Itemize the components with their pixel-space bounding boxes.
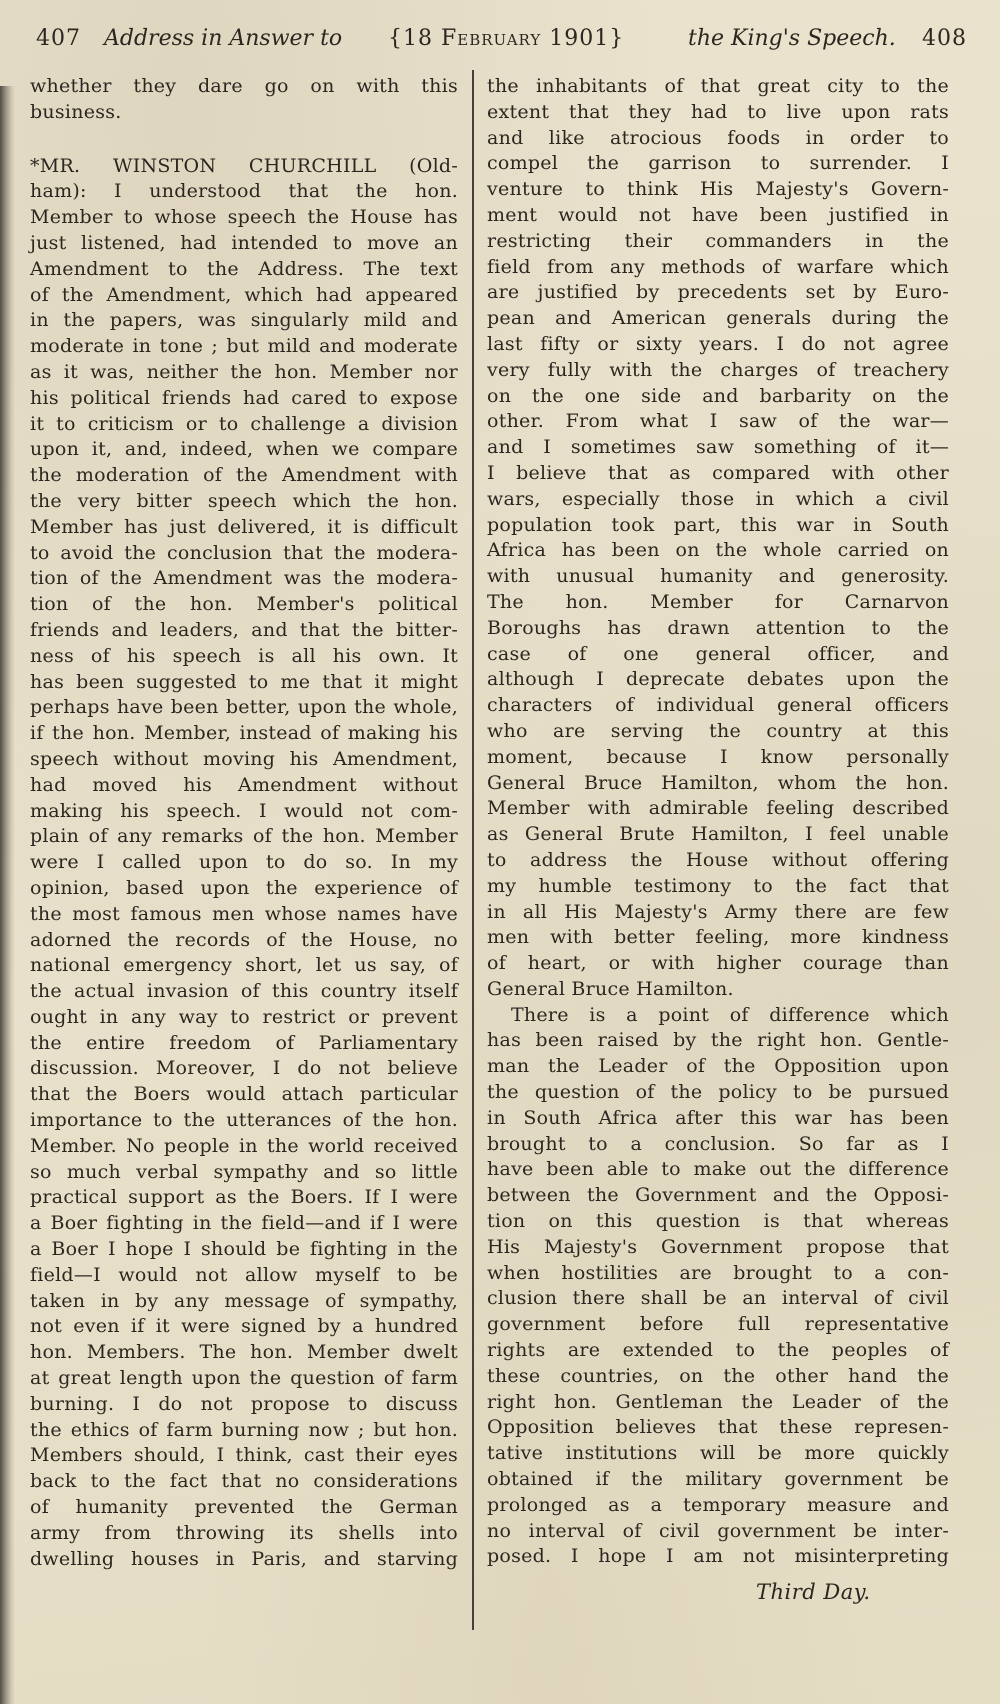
book-binding-shadow — [0, 86, 15, 1704]
text-line: rights are extended to the peoples of — [487, 1338, 949, 1364]
text-line: The hon. Member for Carnarvon — [487, 590, 949, 616]
text-line: ness of his speech is all his own. It — [30, 644, 458, 670]
text-line: his political friends had cared to expos… — [30, 386, 458, 412]
text-line: Africa has been on the whole carried on — [487, 538, 949, 564]
text-line: men with better feeling, more kindness — [487, 925, 949, 951]
header-date: {18 February 1901} — [388, 26, 624, 51]
text-line: to address the House without offering — [487, 848, 949, 874]
hansard-page: 407 Address in Answer to {18 February 19… — [0, 0, 1000, 1704]
text-line: taken in by any message of sympathy, — [30, 1289, 458, 1315]
text-line: General Bruce Hamilton, whom the hon. — [487, 771, 949, 797]
text-line: tion of the hon. Member's political — [30, 592, 458, 618]
text-line: dwelling houses in Paris, and starving — [30, 1547, 458, 1573]
text-line: man the Leader of the Opposition upon — [487, 1054, 949, 1080]
text-line: has been suggested to me that it might — [30, 670, 458, 696]
text-line: practical support as the Boers. If I wer… — [30, 1185, 458, 1211]
text-line: adorned the records of the House, no — [30, 928, 458, 954]
text-line: between the Government and the Opposi- — [487, 1183, 949, 1209]
text-line: making his speech. I would not com- — [30, 799, 458, 825]
text-line: upon it, and, indeed, when we compare — [30, 437, 458, 463]
text-line: in all His Majesty's Army there are few — [487, 900, 949, 926]
text-line: who are serving the country at this — [487, 719, 949, 745]
text-line: tion on this question is that whereas — [487, 1209, 949, 1235]
text-line: a Boer I hope I should be fighting in th… — [30, 1237, 458, 1263]
text-line: burning. I do not propose to discuss — [30, 1392, 458, 1418]
column-divider-rule — [472, 70, 474, 1630]
paragraph: whether they dare go on with thisbusines… — [30, 74, 458, 126]
text-line: tative institutions will be more quickly — [487, 1441, 949, 1467]
text-line: discussion. Moreover, I do not believe — [30, 1056, 458, 1082]
text-line: the ethics of farm burning now ; but hon… — [30, 1418, 458, 1444]
text-line: had moved his Amendment without — [30, 773, 458, 799]
text-line: I believe that as compared with other — [487, 461, 949, 487]
text-line: field—I would not allow myself to be — [30, 1263, 458, 1289]
text-line: tion of the Amendment was the modera- — [30, 566, 458, 592]
text-line: of the Amendment, which had appeared — [30, 283, 458, 309]
text-line: obtained if the military government be — [487, 1467, 949, 1493]
text-line: on the one side and barbarity on the — [487, 384, 949, 410]
text-line: government before full representative — [487, 1312, 949, 1338]
left-text-column: whether they dare go on with thisbusines… — [30, 74, 458, 1572]
text-line: last fifty or sixty years. I do not agre… — [487, 332, 949, 358]
text-line: wars, especially those in which a civil — [487, 487, 949, 513]
text-line: restricting their commanders in the — [487, 229, 949, 255]
text-line: Member has just delivered, it is difficu… — [30, 515, 458, 541]
text-line: the question of the policy to be pursued — [487, 1080, 949, 1106]
text-line: Boroughs has drawn attention to the — [487, 616, 949, 642]
text-line: Member to whose speech the House has — [30, 205, 458, 231]
text-line: so much verbal sympathy and so little — [30, 1160, 458, 1186]
text-line: moderate in tone ; but mild and moderate — [30, 334, 458, 360]
text-line: the actual invasion of this country itse… — [30, 979, 458, 1005]
text-line: just listened, had intended to move an — [30, 231, 458, 257]
text-line: venture to think His Majesty's Govern- — [487, 177, 949, 203]
text-line: ham): I understood that the hon. — [30, 179, 458, 205]
text-line: extent that they had to live upon rats — [487, 100, 949, 126]
text-line: in South Africa after this war has been — [487, 1106, 949, 1132]
text-line: Members should, I think, cast their eyes — [30, 1443, 458, 1469]
text-line: have been able to make out the differenc… — [487, 1157, 949, 1183]
text-line: and I sometimes saw something of it— — [487, 435, 949, 461]
text-line: has been raised by the right hon. Gentle… — [487, 1028, 949, 1054]
text-line: plain of any remarks of the hon. Member — [30, 824, 458, 850]
text-line: as it was, neither the hon. Member nor — [30, 360, 458, 386]
right-text-column: the inhabitants of that great city to th… — [487, 74, 949, 1570]
text-line: characters of individual general officer… — [487, 693, 949, 719]
text-line: business. — [30, 100, 458, 126]
text-line: right hon. Gentleman the Leader of the — [487, 1390, 949, 1416]
paragraph: the inhabitants of that great city to th… — [487, 74, 949, 1003]
text-line: There is a point of difference which — [487, 1003, 949, 1029]
text-line: other. From what I saw of the war— — [487, 409, 949, 435]
text-line: whether they dare go on with this — [30, 74, 458, 100]
text-line: Member with admirable feeling described — [487, 796, 949, 822]
text-line: a Boer fighting in the field—and if I we… — [30, 1211, 458, 1237]
text-line: *MR. WINSTON CHURCHILL (Old- — [30, 154, 458, 180]
text-line: that the Boers would attach particular — [30, 1082, 458, 1108]
text-line: of humanity prevented the German — [30, 1495, 458, 1521]
text-line: prolonged as a temporary measure and — [487, 1493, 949, 1519]
text-line: in the papers, was singularly mild and — [30, 308, 458, 334]
text-line: His Majesty's Government propose that — [487, 1235, 949, 1261]
text-line: brought to a conclusion. So far as I — [487, 1132, 949, 1158]
page-number-left: 407 — [36, 26, 81, 51]
text-line: the moderation of the Amendment with — [30, 463, 458, 489]
text-line: army from throwing its shells into — [30, 1521, 458, 1547]
paragraph: *MR. WINSTON CHURCHILL (Old-ham): I unde… — [30, 154, 458, 1573]
text-line: opinion, based upon the experience of — [30, 876, 458, 902]
text-line: Opposition believes that these represen- — [487, 1415, 949, 1441]
text-line: population took part, this war in South — [487, 513, 949, 539]
running-title-left: Address in Answer to — [104, 26, 342, 51]
text-line: the most famous men whose names have — [30, 902, 458, 928]
footer-day-note: Third Day. — [756, 1580, 871, 1604]
text-line: clusion there shall be an interval of ci… — [487, 1286, 949, 1312]
text-line: ought in any way to restrict or prevent — [30, 1005, 458, 1031]
text-line: these countries, on the other hand the — [487, 1364, 949, 1390]
text-line: are justified by precedents set by Euro- — [487, 280, 949, 306]
text-line: were I called upon to do so. In my — [30, 850, 458, 876]
text-line: although I deprecate debates upon the — [487, 667, 949, 693]
text-line: Amendment to the Address. The text — [30, 257, 458, 283]
text-line: my humble testimony to the fact that — [487, 874, 949, 900]
text-line: speech without moving his Amendment, — [30, 747, 458, 773]
text-line: as General Brute Hamilton, I feel unable — [487, 822, 949, 848]
text-line: very fully with the charges of treachery — [487, 358, 949, 384]
text-line: to avoid the conclusion that the modera- — [30, 541, 458, 567]
text-line: hon. Members. The hon. Member dwelt — [30, 1340, 458, 1366]
text-line: when hostilities are brought to a con- — [487, 1261, 949, 1287]
text-line: pean and American generals during the — [487, 306, 949, 332]
text-line: field from any methods of warfare which — [487, 255, 949, 281]
text-line: of heart, or with higher courage than — [487, 951, 949, 977]
text-line: the very bitter speech which the hon. — [30, 489, 458, 515]
text-line: posed. I hope I am not misinterpreting — [487, 1544, 949, 1570]
text-line: national emergency short, let us say, of — [30, 953, 458, 979]
text-line: importance to the utterances of the hon. — [30, 1108, 458, 1134]
text-line: compel the garrison to surrender. I — [487, 151, 949, 177]
text-line: ment would not have been justified in — [487, 203, 949, 229]
text-line: and like atrocious foods in order to — [487, 126, 949, 152]
text-line: the entire freedom of Parliamentary — [30, 1031, 458, 1057]
text-line: moment, because I know personally — [487, 745, 949, 771]
text-line: the inhabitants of that great city to th… — [487, 74, 949, 100]
text-line: at great length upon the question of far… — [30, 1366, 458, 1392]
text-line: if the hon. Member, instead of making hi… — [30, 721, 458, 747]
text-line: back to the fact that no considerations — [30, 1469, 458, 1495]
running-title-right: the King's Speech. — [688, 26, 896, 51]
page-number-right: 408 — [922, 26, 967, 51]
text-line: Member. No people in the world received — [30, 1134, 458, 1160]
paragraph: There is a point of difference whichhas … — [487, 1003, 949, 1571]
text-line: no interval of civil government be inter… — [487, 1519, 949, 1545]
text-line: perhaps have been better, upon the whole… — [30, 695, 458, 721]
text-line: friends and leaders, and that the bitter… — [30, 618, 458, 644]
page-header: 407 Address in Answer to {18 February 19… — [0, 24, 1000, 60]
text-line: with unusual humanity and generosity. — [487, 564, 949, 590]
text-line: General Bruce Hamilton. — [487, 977, 949, 1003]
text-line: case of one general officer, and — [487, 642, 949, 668]
text-line: not even if it were signed by a hundred — [30, 1314, 458, 1340]
text-line: it to criticism or to challenge a divisi… — [30, 412, 458, 438]
